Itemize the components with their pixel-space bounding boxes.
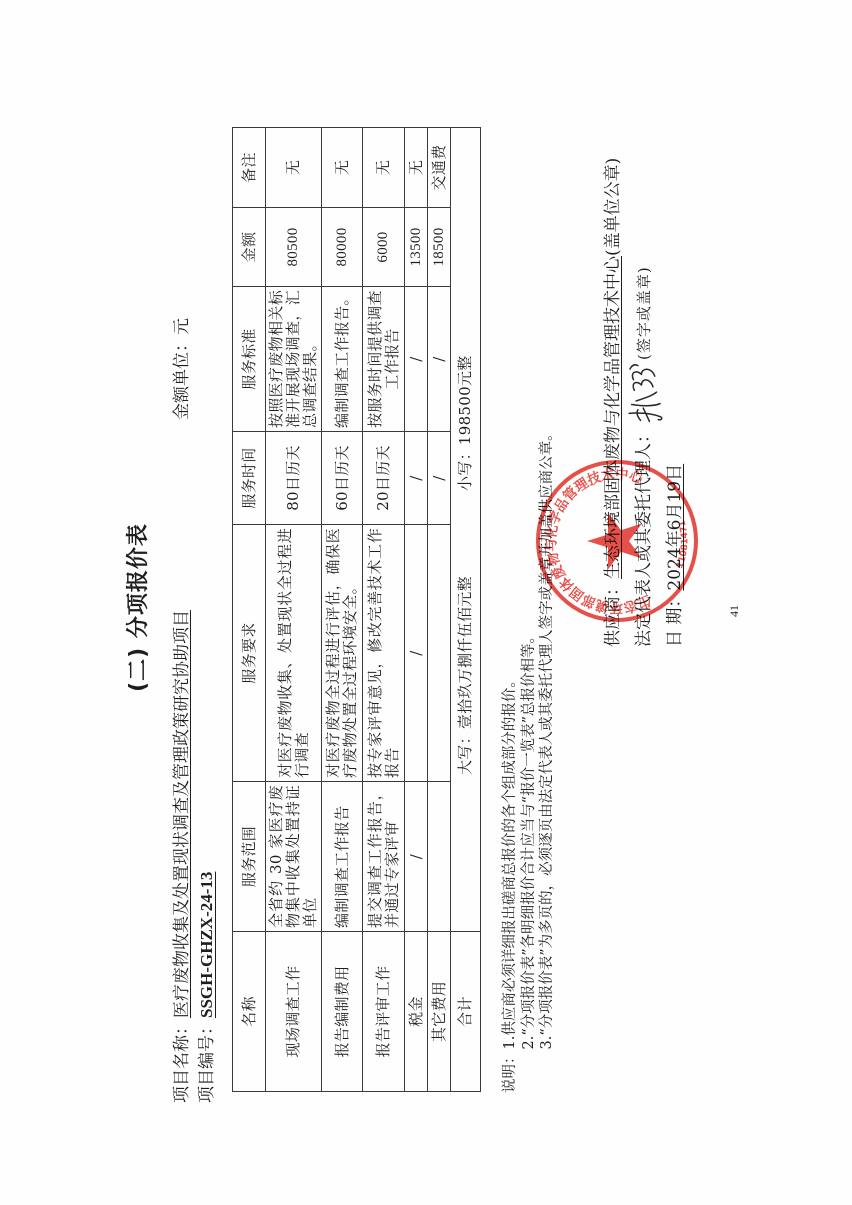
cell-name: 报告评审工作 xyxy=(363,932,405,1092)
table-row-other-fees: 其它费用 / / 18500 交通费 xyxy=(428,128,451,1092)
cell-total-amount: 大写：壹拾玖万捌仟伍佰元整 小写：198500元整 xyxy=(451,128,481,932)
cell-scope xyxy=(428,782,451,932)
table-row-total: 合计 大写：壹拾玖万捌仟伍佰元整 小写：198500元整 xyxy=(451,128,481,1092)
cell-standard: 编制调查工作报告。 xyxy=(322,287,363,432)
project-name-line: 项目名称：医疗废物收集及处置现状调查及管理政策研究协助项目 xyxy=(172,610,192,1103)
total-uppercase: 大写：壹拾玖万捌仟伍佰元整 xyxy=(457,576,474,775)
cell-standard: 按照医疗废物相关标准开展现场调查，汇总调查结果。 xyxy=(266,287,322,432)
cell-requirement: / xyxy=(405,525,428,782)
cell-remark: 无 xyxy=(363,128,405,208)
cell-amount: 80000 xyxy=(322,208,363,287)
cell-name: 其它费用 xyxy=(428,932,451,1092)
cell-requirement xyxy=(428,525,451,782)
header-amount: 金额 xyxy=(233,208,266,287)
header-standard: 服务标准 xyxy=(233,287,266,432)
cell-scope: 编制调查工作报告 xyxy=(322,782,363,932)
cell-duration: 20日历天 xyxy=(363,432,405,525)
cell-remark: 无 xyxy=(266,128,322,208)
itemized-quotation-table: 名称 服务范围 服务要求 服务时间 服务标准 金额 备注 现场调查工作 全省约 … xyxy=(232,127,481,1092)
project-name: 医疗废物收集及处置现状调查及管理政策研究协助项目 xyxy=(172,610,192,1018)
project-number-line: 项目编号：SSGH-GHZX-24-13 xyxy=(197,872,217,1103)
cell-total-label: 合计 xyxy=(451,932,481,1092)
header-name: 名称 xyxy=(233,932,266,1092)
representative-sign-note: (签字或盖章) xyxy=(629,266,660,360)
cell-scope: 全省约 30 家医疗废物集中收集处置持证单位 xyxy=(266,782,322,932)
note-item: 1.供应商必须详细报出磋商总报价的各个组成部分的报价。 xyxy=(501,426,520,1049)
table-row: 报告评审工作 提交调查工作报告，并通过专家评审 按专家评审意见，修改完善技术工作… xyxy=(363,128,405,1092)
cell-remark: 交通费 xyxy=(428,128,451,208)
cell-amount: 13500 xyxy=(405,208,428,287)
cell-name: 报告编制费用 xyxy=(322,932,363,1092)
table-row: 报告编制费用 编制调查工作报告 对医疗废物全过程进行评估，确保医疗废物处置全过程… xyxy=(322,128,363,1092)
cell-requirement: 对医疗废物全过程进行评估，确保医疗废物处置全过程环境安全。 xyxy=(322,525,363,782)
cell-standard: / xyxy=(428,287,451,432)
handwritten-signature xyxy=(625,362,665,424)
cell-remark: 无 xyxy=(322,128,363,208)
page-number: 41 xyxy=(727,605,742,617)
cell-duration: 60日历天 xyxy=(322,432,363,525)
cell-duration: / xyxy=(405,432,428,525)
supplier-seal-note: (盖单位公章) xyxy=(598,158,629,256)
total-lowercase: 小写：198500元整 xyxy=(457,355,474,491)
cell-requirement: 按专家评审意见，修改完善技术工作报告 xyxy=(363,525,405,782)
table-row: 现场调查工作 全省约 30 家医疗废物集中收集处置持证单位 对医疗废物收集、处置… xyxy=(266,128,322,1092)
cell-duration: 80日历天 xyxy=(266,432,322,525)
cell-requirement: 对医疗废物收集、处置现状全过程进行调查 xyxy=(266,525,322,782)
notes-label: 说明： xyxy=(501,1050,557,1094)
cell-remark: 无 xyxy=(405,128,428,208)
scanned-document-page: (二) 分项报价表 项目名称：医疗废物收集及处置现状调查及管理政策研究协助项目 … xyxy=(0,0,852,1205)
header-scope: 服务范围 xyxy=(233,782,266,932)
seal-star-icon xyxy=(587,513,642,570)
cell-amount: 80500 xyxy=(266,208,322,287)
project-number-label: 项目编号： xyxy=(197,1018,217,1103)
official-seal-stamp: 生态环境部固体废物与化学品管理技术中心 11081471 xyxy=(527,451,707,631)
seal-code: 11081471 xyxy=(675,519,690,570)
table-header-row: 名称 服务范围 服务要求 服务时间 服务标准 金额 备注 xyxy=(233,128,266,1092)
cell-scope: / xyxy=(405,782,428,932)
cell-amount: 18500 xyxy=(428,208,451,287)
header-requirement: 服务要求 xyxy=(233,525,266,782)
currency-unit: 金额单位：元 xyxy=(172,318,192,420)
cell-standard: / xyxy=(405,287,428,432)
cell-standard: 按服务时间提供调查工作报告 xyxy=(363,287,405,432)
cell-amount: 6000 xyxy=(363,208,405,287)
cell-scope: 提交调查工作报告，并通过专家评审 xyxy=(363,782,405,932)
cell-name: 税金 xyxy=(405,932,428,1092)
header-duration: 服务时间 xyxy=(233,432,266,525)
cell-duration: / xyxy=(428,432,451,525)
project-number: SSGH-GHZX-24-13 xyxy=(197,872,216,1018)
project-name-label: 项目名称： xyxy=(172,1018,192,1103)
header-remark: 备注 xyxy=(233,128,266,208)
table-row-tax: 税金 / / / / 13500 无 xyxy=(405,128,428,1092)
cell-name: 现场调查工作 xyxy=(266,932,322,1092)
page-title: (二) 分项报价表 xyxy=(121,10,152,1205)
